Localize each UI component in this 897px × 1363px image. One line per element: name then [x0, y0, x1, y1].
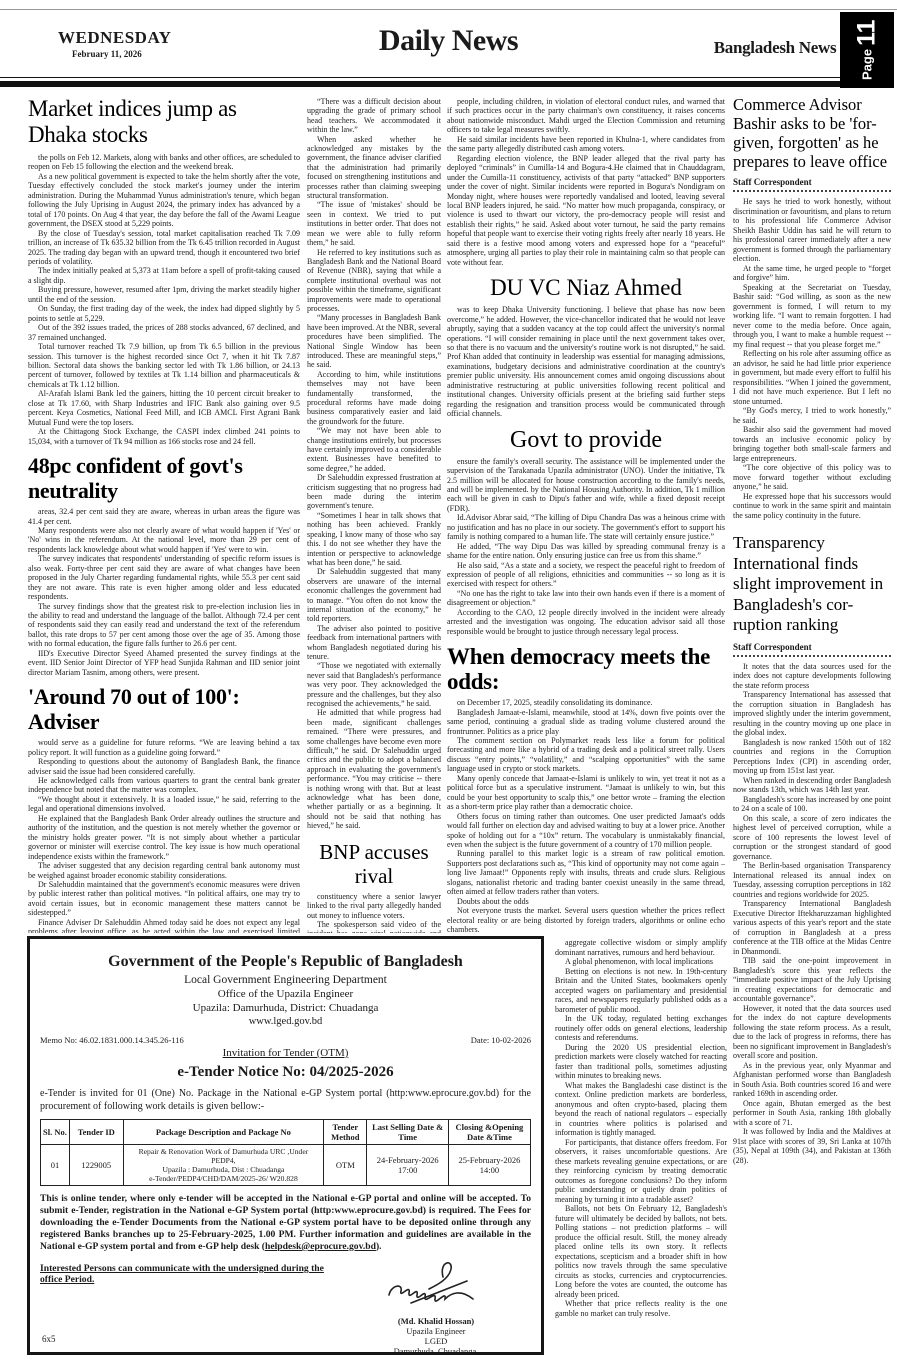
article-paragraph: However, it noted that the data sources … — [733, 1004, 891, 1061]
article-paragraph: When asked whether he acknowledged any m… — [307, 135, 441, 201]
article-paragraph: “The issue of 'mistakes' should be seen … — [307, 200, 441, 247]
article-paragraph: By the close of Tuesday's session, total… — [28, 229, 300, 267]
article-paragraph: He admitted that while progress had been… — [307, 708, 441, 830]
article-paragraph: It notes that the data sources used for … — [733, 662, 891, 691]
page-label: Page — [860, 49, 875, 80]
cell-sl-no: 01 — [41, 1145, 70, 1186]
col-header-tender-id: Tender ID — [69, 1120, 123, 1145]
article-paragraph: The survey indicates that respondents' u… — [28, 554, 300, 601]
package-line: e-Tender/PEDP4/CHD/DAM/2025-26/ W20.828 — [126, 1174, 322, 1183]
article-paragraph: TIB said the one-point improvement in Ba… — [733, 956, 891, 1004]
signatory-org: LGED — [341, 1336, 531, 1346]
headline-du-vc: DU VC Niaz Ahmed — [447, 275, 725, 301]
article-paragraph: Whether that price reflects reality is t… — [555, 1299, 727, 1318]
article-paragraph: Once again, Bhutan emerged as the best p… — [733, 1099, 891, 1128]
helpdesk-email: helpdesk@eprocure.gov.bd — [265, 1241, 376, 1252]
article-paragraph: “Many processes in Bangladesh Bank have … — [307, 313, 441, 369]
cell-tender-id: 1229005 — [69, 1145, 123, 1186]
article-paragraph: Betting on elections is not new. In 19th… — [555, 967, 727, 1015]
article-paragraph: Buying pressure, however, resumed after … — [28, 285, 300, 304]
tender-conditions: This is online tender, where only e-tend… — [40, 1193, 531, 1253]
tender-table-row: 01 1229005 Repair & Renovation Work of D… — [41, 1145, 531, 1186]
col-header-package: Package Description and Package No — [123, 1120, 324, 1145]
article-paragraph: Dr Salehuddin expressed frustration at c… — [307, 473, 441, 511]
tender-table-header-row: Sl. No. Tender ID Package Description an… — [41, 1120, 531, 1145]
tender-invitation-title: Invitation for Tender (OTM) — [40, 1047, 531, 1059]
article-paragraph: “By God's mercy, I tried to work honestl… — [733, 406, 891, 425]
article-paragraph: He expressed hope that his successors wo… — [733, 492, 891, 521]
tender-date: Date: 10-02-2026 — [471, 1035, 531, 1045]
tender-memo-no: Memo No: 46.02.1831.000.14.345.26-116 — [40, 1035, 184, 1045]
article-paragraph: areas, 32.4 per cent said they are aware… — [28, 507, 300, 526]
article-paragraph: Transparency International Bangladesh Ex… — [733, 899, 891, 956]
article-paragraph: As a new political government is expecte… — [28, 172, 300, 229]
column-bottom-middle: aggregate collective wisdom or simply am… — [555, 938, 727, 1358]
article-paragraph: The index initially peaked at 5,373 at 1… — [28, 266, 300, 285]
article-paragraph: Out of the 392 issues traded, the prices… — [28, 323, 300, 342]
article-paragraph: For participants, that distance offers f… — [555, 1138, 727, 1205]
col-header-sl-no: Sl. No. — [41, 1120, 70, 1145]
tender-upazila: Upazila: Damurhuda, District: Chuadanga — [40, 1002, 531, 1014]
headline-around-70: 'Around 70 out of 100': Adviser — [28, 684, 300, 734]
article-paragraph: The comment section on Polymarket reads … — [447, 736, 725, 774]
signatory-location: Damurhuda, Chuadanga. — [341, 1346, 531, 1355]
headline-commerce-advisor: Commerce Advisor Bashir asks to be 'for-… — [733, 95, 891, 171]
article-paragraph: Bangladesh is now ranked 150th out of 18… — [733, 738, 891, 776]
cell-closing: 25-February-2026 14:00 — [448, 1145, 530, 1186]
article-paragraph: Ballots, not bets On February 12, Bangla… — [555, 1204, 727, 1299]
article-paragraph: Regarding election violence, the BNP lea… — [447, 154, 725, 267]
col-header-last-selling: Last Selling Date & Time — [367, 1120, 448, 1145]
article-paragraph: According to him, while institutions the… — [307, 370, 441, 426]
tender-notice-no: e-Tender Notice No: 04/2025-2026 — [40, 1064, 531, 1081]
article-paragraph: people, including children, in violation… — [447, 97, 725, 135]
tender-department: Local Government Engineering Department — [40, 974, 531, 986]
article-paragraph: He referred to key institutions such as … — [307, 248, 441, 314]
signature-block: (Md. Khalid Hossan) Upazila Engineer LGE… — [341, 1259, 531, 1355]
tender-gov-title: Government of the People's Republic of B… — [40, 953, 531, 971]
article-paragraph: “No one has the right to take law into t… — [447, 589, 725, 608]
article-paragraph: He says he tried to work honestly, witho… — [733, 197, 891, 264]
package-line: Repair & Renovation Work of Damurhuda UR… — [126, 1147, 322, 1165]
article-paragraph: Speaking at the Secretariat on Tuesday, … — [733, 283, 891, 350]
col-header-closing: Closing &Opening Date &Time — [448, 1120, 530, 1145]
tender-notice-box: Government of the People's Republic of B… — [27, 936, 544, 1355]
tender-office: Office of the Upazila Engineer — [40, 988, 531, 1000]
column-left: Market indices jump as Dhaka stocks the … — [28, 95, 300, 933]
article-paragraph: What makes the Bangladeshi case distinct… — [555, 1081, 727, 1138]
article-paragraph: Al-Arafah Islami Bank led the gainers, h… — [28, 389, 300, 427]
article-paragraph: Dr Salehuddin maintained that the govern… — [28, 880, 300, 918]
column-second: “There was a difficult decision about up… — [307, 97, 441, 933]
headline-transparency-international: Transparency International finds slight … — [733, 533, 891, 636]
article-paragraph: Bangladesh Jamaat-e-Islami, meanwhile, s… — [447, 708, 725, 736]
article-paragraph: He also said, “As a state and a society,… — [447, 561, 725, 589]
article-paragraph: Many respondents were also not clearly a… — [28, 526, 300, 554]
tender-size-mark: 6x5 — [42, 1334, 56, 1344]
article-paragraph: The survey findings show that the greate… — [28, 602, 300, 649]
article-paragraph: Bashir also said the government had move… — [733, 425, 891, 463]
headline-48pc-neutrality: 48pc confident of govt's neutrality — [28, 453, 300, 503]
article-paragraph: was to keep Dhaka University functioning… — [447, 305, 725, 418]
article-paragraph: At the Chittagong Stock Exchange, the CA… — [28, 427, 300, 446]
article-paragraph: “We may not have been able to change ins… — [307, 426, 441, 473]
article-paragraph: Doubts about the odds — [447, 897, 725, 906]
article-paragraph: The Berlin-based organisation Transparen… — [733, 861, 891, 899]
article-paragraph: Not everyone trusts the market. Several … — [447, 906, 725, 934]
article-paragraph: He acknowledged calls from various quart… — [28, 776, 300, 795]
article-paragraph: “There was a difficult decision about up… — [307, 97, 441, 135]
article-paragraph: Running parallel to this market logic is… — [447, 849, 725, 896]
byline-staff-correspondent: Staff Correspondent — [733, 642, 891, 657]
col-header-method: Tender Method — [324, 1120, 367, 1145]
page-number: 11 — [853, 20, 882, 46]
article-paragraph: He added, “The way Dipu Das was killed b… — [447, 542, 725, 561]
masthead-rule-thin — [0, 77, 845, 78]
signatory-title: Upazila Engineer — [341, 1326, 531, 1336]
headline-democracy-odds: When democracy meets the odds: — [447, 644, 725, 694]
article-paragraph: “The core objective of this policy was t… — [733, 463, 891, 492]
article-paragraph: “Those we negotiated with externally nev… — [307, 661, 441, 708]
article-paragraph: Finance Adviser Dr Salehuddin Ahmed toda… — [28, 918, 300, 933]
article-paragraph: “We thought about it extensively. It is … — [28, 795, 300, 814]
newspaper-page: WEDNESDAY February 11, 2026 Daily News B… — [0, 0, 897, 1363]
article-paragraph: IID's Executive Director Syeed Ahamed pr… — [28, 649, 300, 677]
article-paragraph: aggregate collective wisdom or simply am… — [555, 938, 727, 957]
cell-last-selling: 24-February-2026 17:00 — [367, 1145, 448, 1186]
article-paragraph: The adviser also pointed to positive fee… — [307, 624, 441, 662]
page-number-tab: Page 11 — [840, 12, 894, 88]
article-paragraph: “Sometimes I hear in talk shows that not… — [307, 511, 441, 567]
article-paragraph: As in the previous year, only Myanmar an… — [733, 1061, 891, 1099]
signature-scribble — [381, 1259, 491, 1311]
article-paragraph: Others focus on timing rather than outco… — [447, 812, 725, 850]
article-paragraph: According to the CAO, 12 people directly… — [447, 608, 725, 636]
article-paragraph: In the UK today, regulated betting excha… — [555, 1014, 727, 1043]
column-right: Commerce Advisor Bashir asks to be 'for-… — [733, 95, 891, 1360]
headline-bnp-accuses: BNP accuses rival — [307, 840, 441, 888]
article-paragraph: the polls on Feb 12. Markets, along with… — [28, 153, 300, 172]
article-paragraph: When ranked in descending order Banglade… — [733, 776, 891, 795]
signatory-name: (Md. Khalid Hossan) — [341, 1316, 531, 1326]
article-paragraph: On Sunday, the first trading day of the … — [28, 304, 300, 323]
article-paragraph: Responding to questions about the autono… — [28, 757, 300, 776]
article-paragraph: On this scale, a score of zero indicates… — [733, 814, 891, 862]
headline-market-indices: Market indices jump as Dhaka stocks — [28, 96, 300, 148]
tender-conditions-end: ). — [376, 1241, 382, 1252]
article-paragraph: constituency where a senior lawyer linke… — [307, 892, 441, 920]
article-paragraph: ensure the family's overall security. Th… — [447, 457, 725, 514]
article-paragraph: Reflecting on his role after assuming of… — [733, 349, 891, 406]
article-paragraph: He said similar incidents have been repo… — [447, 135, 725, 154]
article-paragraph: He explained that the Bangladesh Bank Or… — [28, 814, 300, 861]
masthead-rule-thick — [0, 81, 845, 87]
article-paragraph: Id.Advisor Abrar said, “The killing of D… — [447, 513, 725, 541]
article-paragraph: Dr Salehuddin suggested that many observ… — [307, 567, 441, 623]
article-paragraph: Transparency International has assessed … — [733, 690, 891, 738]
masthead-brand: Bangladesh News — [700, 38, 850, 58]
article-paragraph: would serve as a guideline for future re… — [28, 738, 300, 757]
cell-package-description: Repair & Renovation Work of Damurhuda UR… — [123, 1145, 324, 1186]
tender-intro: e-Tender is invited for 01 (One) No. Pac… — [40, 1088, 531, 1113]
cell-method: OTM — [324, 1145, 367, 1186]
article-paragraph: It was followed by India and the Maldive… — [733, 1127, 891, 1165]
article-paragraph: on December 17, 2025, steadily consolida… — [447, 698, 725, 707]
package-line: Upazila : Damurhuda, Dist : Chuadanga — [126, 1165, 322, 1174]
article-paragraph: At the same time, he urged people to “fo… — [733, 264, 891, 283]
article-paragraph: The adviser suggested that any decision … — [28, 861, 300, 880]
article-paragraph: Bangladesh's score has increased by one … — [733, 795, 891, 814]
tender-table: Sl. No. Tender ID Package Description an… — [40, 1119, 531, 1186]
tender-contact-note: Interested Persons can communicate with … — [40, 1263, 341, 1285]
article-paragraph: The spokesperson said video of the incid… — [307, 920, 441, 933]
article-paragraph: Many openly concede that Jamaat-e-Islami… — [447, 774, 725, 812]
article-paragraph: During the 2020 US presidential election… — [555, 1043, 727, 1081]
tender-website: www.lged.gov.bd — [40, 1016, 531, 1027]
article-paragraph: Total turnover reached Tk 7.9 billion, u… — [28, 342, 300, 389]
byline-staff-correspondent: Staff Correspondent — [733, 177, 891, 192]
column-third: people, including children, in violation… — [447, 97, 725, 935]
article-paragraph: A global phenomenon, with local implicat… — [555, 957, 727, 967]
headline-govt-provide: Govt to provide — [447, 427, 725, 453]
top-rule — [0, 9, 897, 10]
